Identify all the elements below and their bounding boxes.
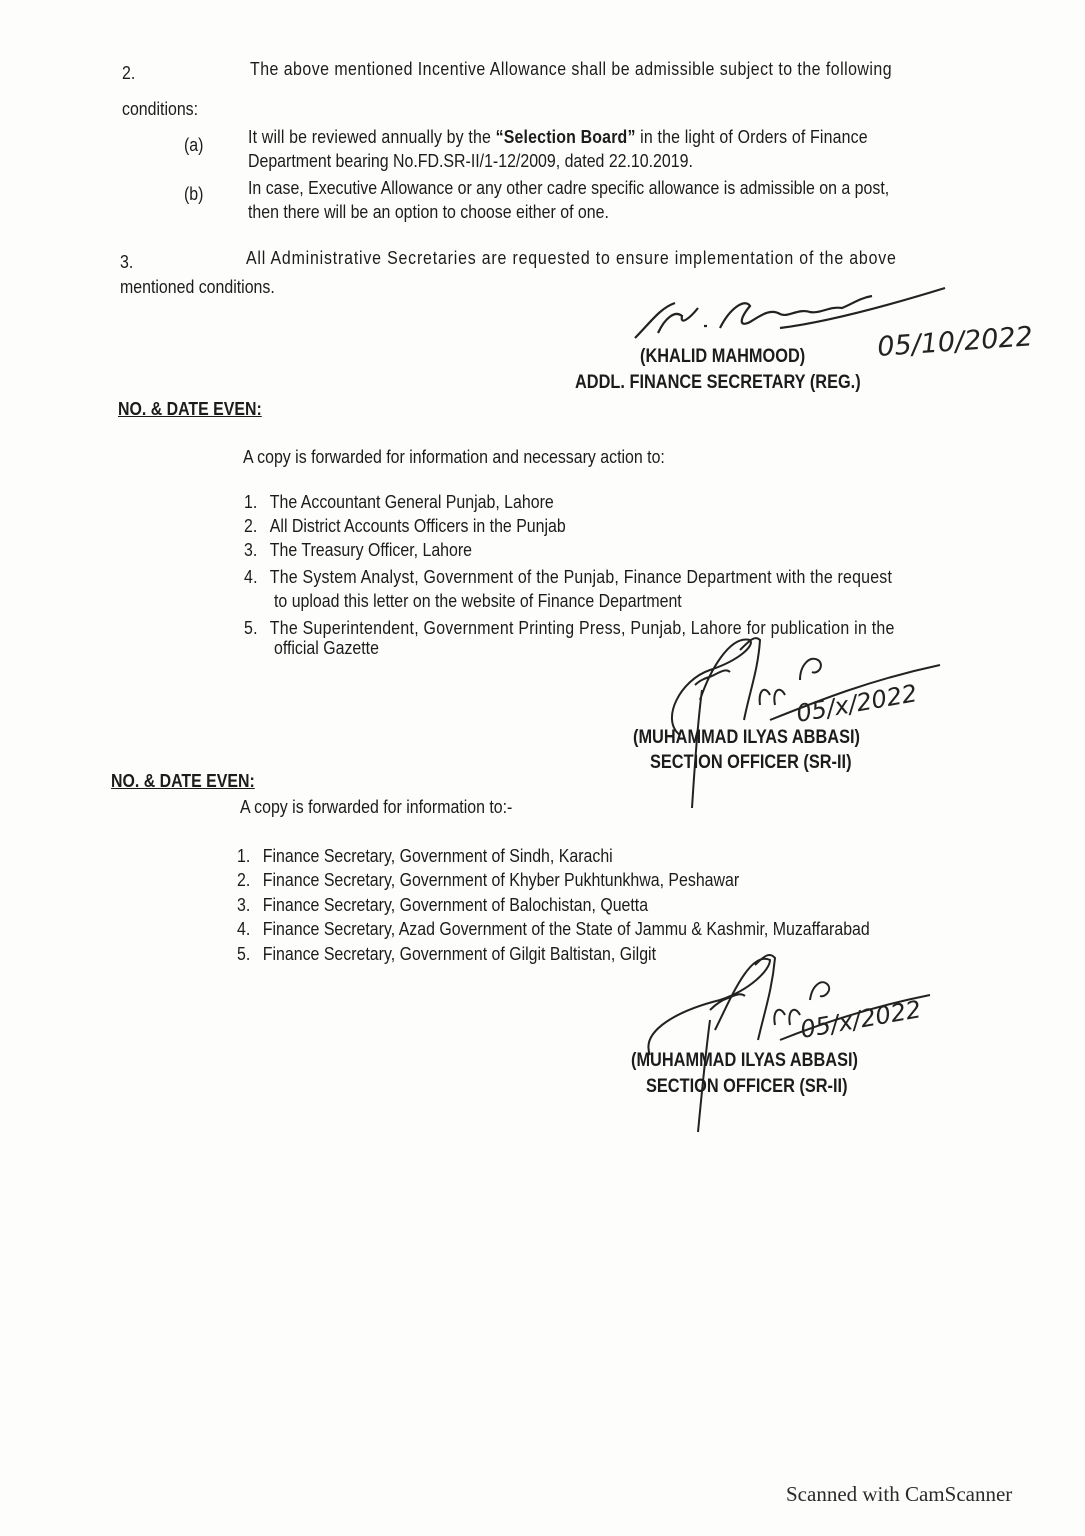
selection-board-text: “Selection Board” (496, 126, 636, 147)
signature-ilyas-abbasi-2: 05/x/2022 (630, 900, 970, 1145)
list-item: 5.Finance Secretary, Government of Gilgi… (237, 943, 656, 965)
para3-text-line2: mentioned conditions. (120, 276, 275, 298)
signatory1-designation: ADDL. FINANCE SECRETARY (REG.) (575, 372, 861, 394)
handwritten-signature-icon: 05/x/2022 (640, 610, 980, 810)
para3-text-line1: All Administrative Secretaries are reque… (246, 247, 897, 269)
svg-text:05/10/2022: 05/10/2022 (876, 321, 1033, 363)
document-page: 2. The above mentioned Incentive Allowan… (0, 0, 1085, 1536)
endorsement1-intro: A copy is forwarded for information and … (243, 446, 665, 468)
para2-text-line1: The above mentioned Incentive Allowance … (250, 58, 892, 80)
endorsement1-heading: NO. & DATE EVEN: (118, 398, 262, 420)
list-item-text: The Accountant General Punjab, Lahore (270, 491, 554, 512)
condition-a-line2: Department bearing No.FD.SR-II/1-12/2009… (248, 150, 693, 172)
list-item-continuation: to upload this letter on the website of … (274, 590, 682, 612)
list-item: 3.Finance Secretary, Government of Baloc… (237, 894, 648, 916)
list-item-number: 1. (237, 845, 263, 867)
list-item-text: Finance Secretary, Government of Sindh, … (263, 845, 613, 866)
condition-a-label: (a) (184, 134, 203, 156)
list-item-number: 5. (244, 617, 270, 639)
list-item: 2.All District Accounts Officers in the … (244, 515, 566, 537)
condition-a-line1: It will be reviewed annually by the “Sel… (248, 126, 868, 148)
handwritten-signature-icon: 05/x/2022 (630, 900, 970, 1140)
condition-a-text-post: in the light of Orders of Finance (636, 126, 868, 147)
list-item-number: 1. (244, 491, 270, 513)
svg-text:05/x/2022: 05/x/2022 (794, 679, 919, 728)
condition-b-line1: In case, Executive Allowance or any othe… (248, 177, 889, 199)
list-item-number: 2. (237, 869, 263, 891)
endorsement2-intro: A copy is forwarded for information to:- (240, 796, 512, 818)
list-item-number: 3. (244, 539, 270, 561)
endorsement1-signatory-designation: SECTION OFFICER (SR-II) (650, 752, 852, 774)
list-item-number: 4. (244, 566, 270, 588)
svg-text:05/x/2022: 05/x/2022 (798, 995, 923, 1044)
signature-ilyas-abbasi-1: 05/x/2022 (640, 610, 980, 815)
list-item-number: 2. (244, 515, 270, 537)
list-item-text: Finance Secretary, Government of Balochi… (263, 894, 648, 915)
para2-text-line2: conditions: (122, 98, 198, 120)
condition-b-line2: then there will be an option to choose e… (248, 201, 609, 223)
condition-a-text: It will be reviewed annually by the (248, 126, 496, 147)
condition-b-label: (b) (184, 183, 203, 205)
endorsement2-signatory-name: (MUHAMMAD ILYAS ABBASI) (631, 1050, 858, 1072)
endorsement2-signatory-designation: SECTION OFFICER (SR-II) (646, 1076, 848, 1098)
list-item: 1.The Accountant General Punjab, Lahore (244, 491, 554, 513)
para2-number: 2. (122, 62, 135, 84)
list-item-text: The Treasury Officer, Lahore (270, 539, 472, 560)
list-item-continuation: official Gazette (274, 637, 379, 659)
list-item: 2.Finance Secretary, Government of Khybe… (237, 869, 739, 891)
para3-number: 3. (120, 251, 133, 273)
list-item-text: Finance Secretary, Government of Khyber … (263, 869, 739, 890)
endorsement2-heading: NO. & DATE EVEN: (111, 770, 255, 792)
list-item-number: 3. (237, 894, 263, 916)
list-item: 3.The Treasury Officer, Lahore (244, 539, 472, 561)
list-item-number: 5. (237, 943, 263, 965)
list-item-text: All District Accounts Officers in the Pu… (270, 515, 566, 536)
endorsement1-signatory-name: (MUHAMMAD ILYAS ABBASI) (633, 727, 860, 749)
camscanner-watermark: Scanned with CamScanner (786, 1482, 1012, 1507)
list-item: 1.Finance Secretary, Government of Sindh… (237, 845, 613, 867)
list-item-number: 4. (237, 918, 263, 940)
list-item-text: Finance Secretary, Government of Gilgit … (263, 943, 656, 964)
signatory1-name: (KHALID MAHMOOD) (640, 346, 805, 368)
list-item: 4.The System Analyst, Government of the … (244, 566, 892, 588)
list-item-text: The System Analyst, Government of the Pu… (270, 566, 892, 587)
